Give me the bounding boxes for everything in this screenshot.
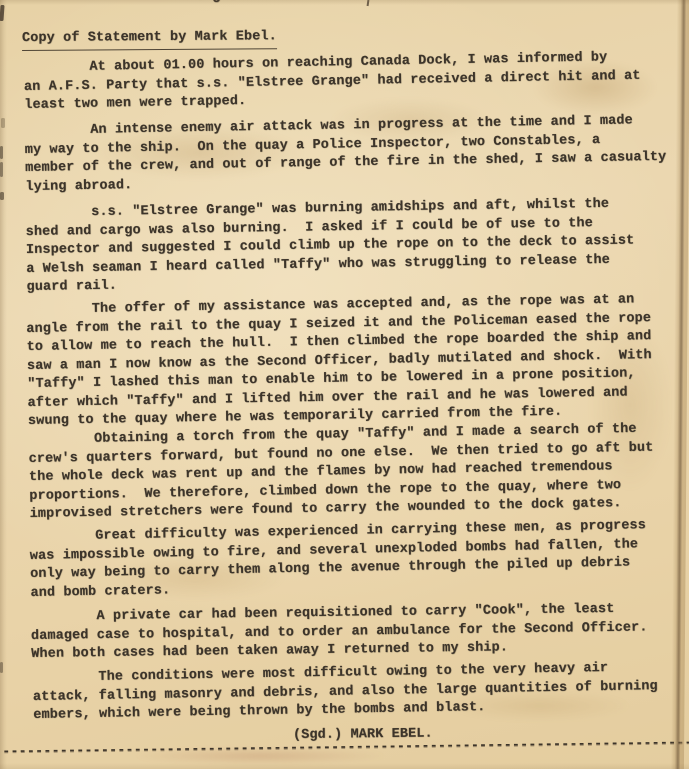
statement-body: Copy of Statement by Mark Ebel. At about… xyxy=(0,0,689,769)
statement-paragraph: Obtaining a torch from the quay "Taffy" … xyxy=(28,420,689,525)
ink-smudge xyxy=(0,162,3,177)
statement-paragraph: A private car had been requisitioned to … xyxy=(31,599,689,664)
statement-paragraph: At about 01.00 hours on reaching Canada … xyxy=(23,47,689,115)
ink-smudge xyxy=(0,146,3,159)
statement-paragraph: The conditions were most difficult owing… xyxy=(33,659,689,726)
statement-heading-text: Copy of Statement by Mark Ebel. xyxy=(22,28,277,50)
statement-paragraph: An intense enemy air attack was in progr… xyxy=(24,111,689,197)
bottom-edge-shadow xyxy=(0,763,689,769)
statement-paragraph: s.s. "Elstree Grange" was burning amidsh… xyxy=(25,195,689,298)
left-page-edge-shadow xyxy=(0,0,7,769)
top-edge-shadow xyxy=(0,0,689,5)
ink-smudge xyxy=(0,662,3,673)
ink-smudge xyxy=(0,192,4,200)
statement-paragraph: Great difficulty was experienced in carr… xyxy=(29,516,689,603)
statement-paragraph: The offer of my assistance was accepted … xyxy=(26,290,689,431)
statement-heading: Copy of Statement by Mark Ebel. xyxy=(22,23,689,50)
ink-smudge xyxy=(1,118,5,128)
document-page: - 5 - Copy of Statement by Mark Ebel. At… xyxy=(0,0,689,769)
